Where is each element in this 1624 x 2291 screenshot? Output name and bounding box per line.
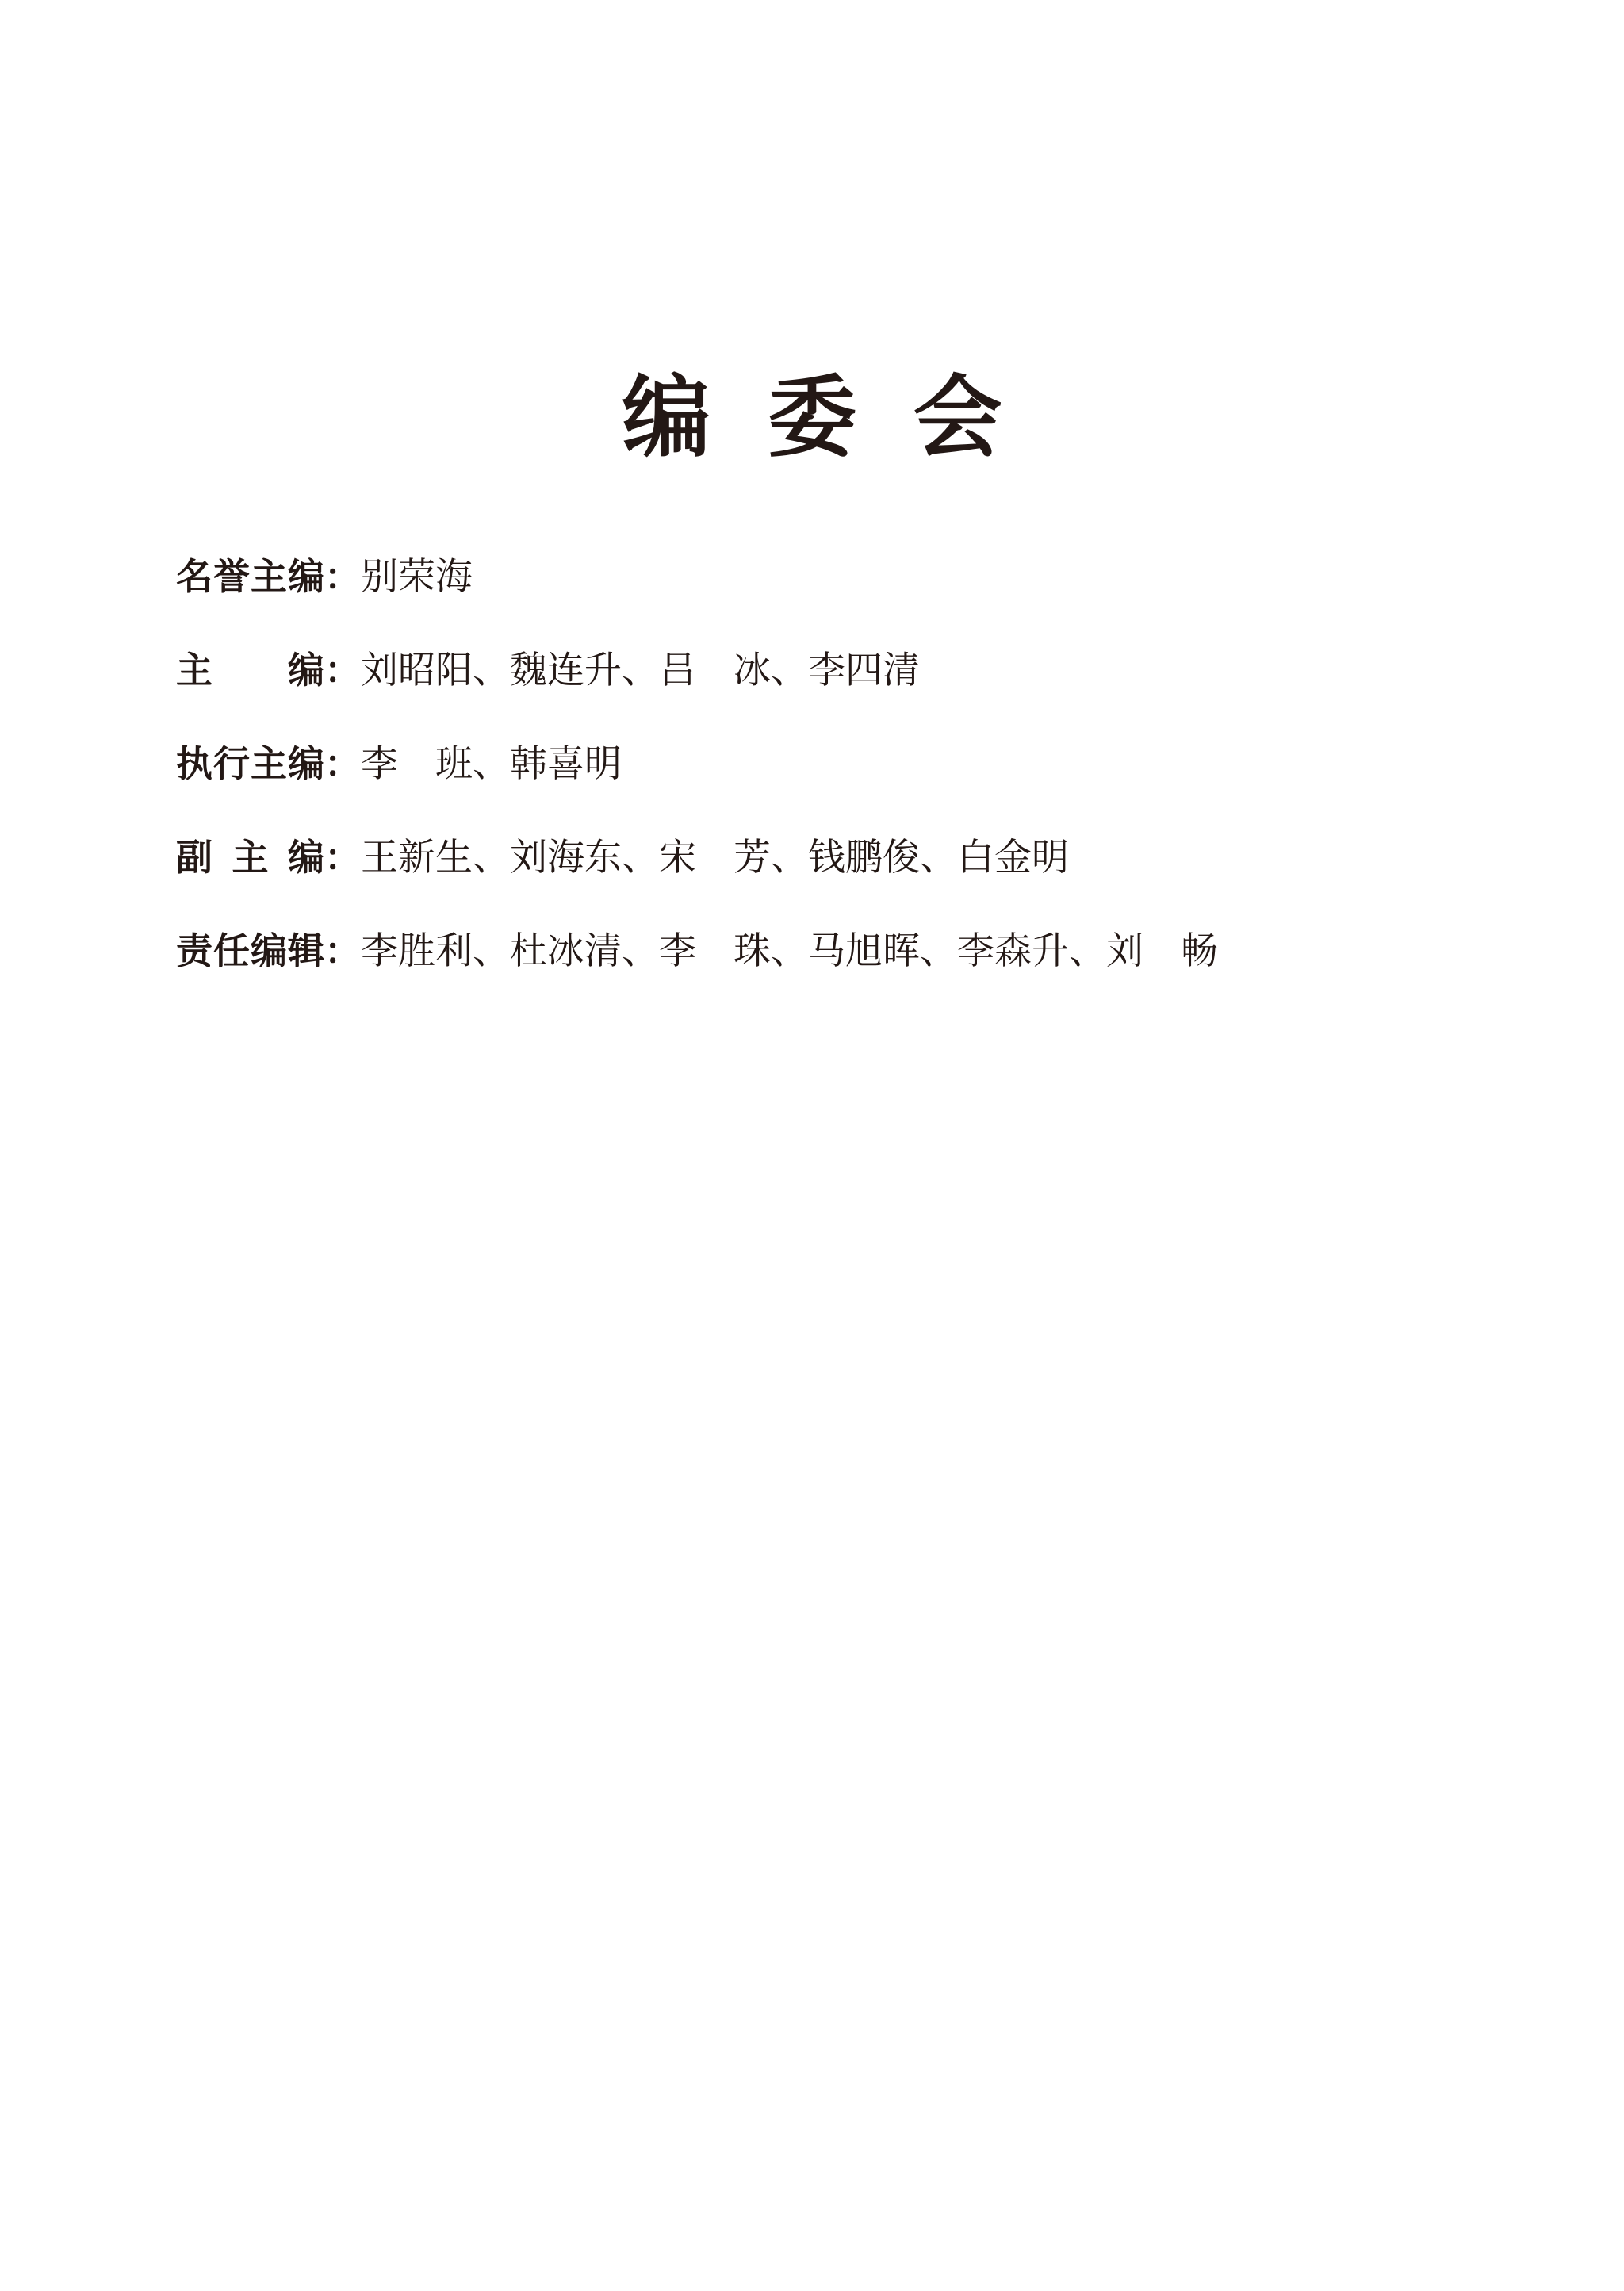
member-names: 李胜利、杜冰清、李 珠、马旭晖、李森升、刘 畅 — [361, 933, 1218, 970]
member-names: 别荣海 — [361, 559, 473, 596]
role-colon: ： — [324, 652, 361, 688]
role-colon: ： — [324, 558, 361, 595]
list-item: 名誉主编 ： 别荣海 — [176, 558, 1218, 596]
list-item: 责任编辑 ： 李胜利、杜冰清、李 珠、马旭晖、李森升、刘 畅 — [176, 933, 1218, 970]
list-item: 副主编 ： 王新生、刘海东、宋 芳、钱鹏俊、白金明 — [176, 839, 1218, 876]
role-colon: ： — [324, 933, 361, 969]
role-colon: ： — [324, 839, 361, 875]
role-label: 执行主编 — [176, 745, 324, 782]
member-names: 王新生、刘海东、宋 芳、钱鹏俊、白金明 — [361, 840, 1069, 876]
editorial-board-list: 名誉主编 ： 别荣海 主编 ： 刘昭阳、魏连升、吕 冰、李四清 执行主编 ： 李… — [176, 558, 1218, 1026]
role-label: 责任编辑 — [176, 933, 324, 969]
list-item: 主编 ： 刘昭阳、魏连升、吕 冰、李四清 — [176, 652, 1218, 689]
role-label: 主编 — [176, 652, 324, 688]
list-item: 执行主编 ： 李 班、韩喜明 — [176, 745, 1218, 783]
role-label: 副主编 — [176, 839, 324, 875]
page-title: 编委会 — [0, 374, 1624, 462]
editorial-board-page: 编委会 名誉主编 ： 别荣海 主编 ： 刘昭阳、魏连升、吕 冰、李四清 执行主编… — [0, 0, 1624, 2291]
member-names: 李 班、韩喜明 — [361, 746, 622, 783]
member-names: 刘昭阳、魏连升、吕 冰、李四清 — [361, 653, 920, 689]
role-label: 名誉主编 — [176, 558, 324, 595]
role-colon: ： — [324, 745, 361, 782]
